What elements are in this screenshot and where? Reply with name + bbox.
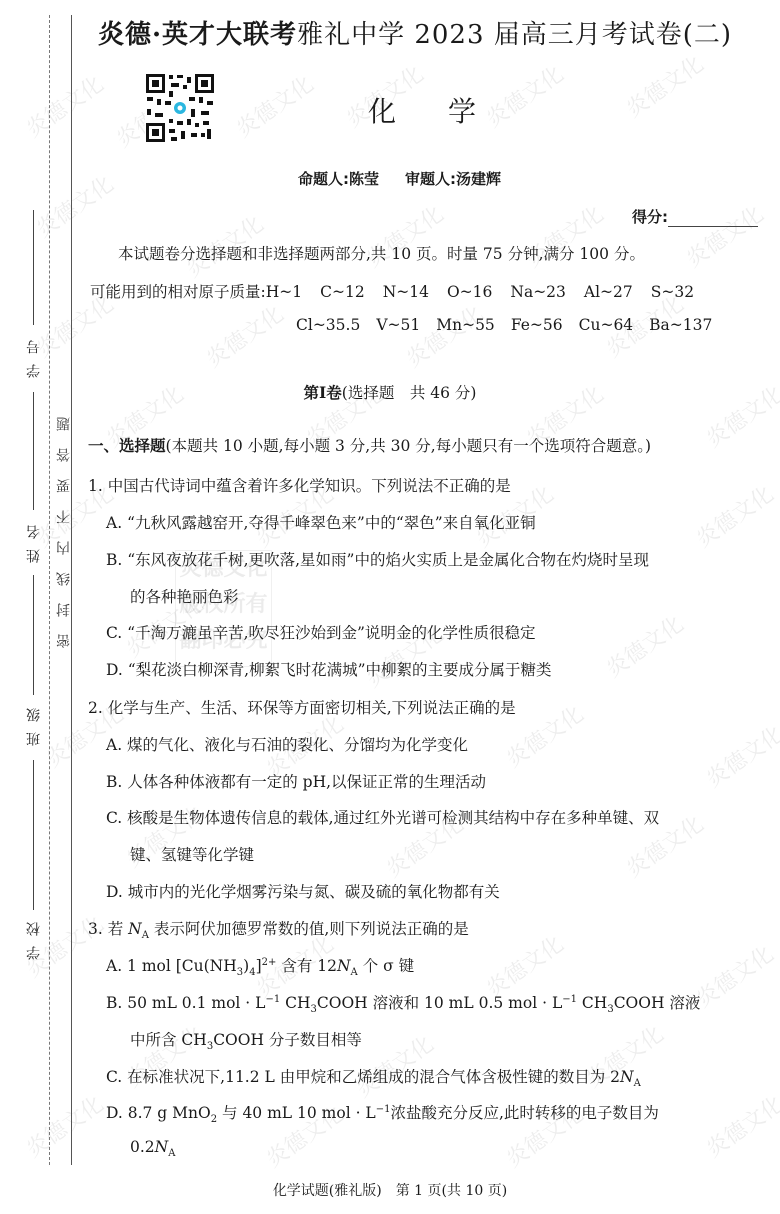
atomic-mass-item: O~16 [447,283,492,301]
atomic-mass-item: H~1 [266,283,302,301]
question-1-option-a[interactable]: A. “九秋风露越窑开,夺得千峰翠色来”中的“翠色”来自氧化亚铜 [106,511,536,533]
question-2-stem: 2. 化学与生产、生活、环保等方面密切相关,下列说法正确的是 [88,696,516,718]
exam-title-school: 雅礼中学 2023 届高三月考试卷(二) [297,20,732,50]
seal-warning-text: 密封线内不要答题 [54,400,74,648]
stem-text: 表示阿伏加德罗常数的值,则下列说法正确的是 [149,920,469,938]
watermark: 炎德文化 [229,68,319,144]
subject-title: 化学 [368,90,528,130]
school-blank[interactable] [33,760,34,910]
question-3-option-a[interactable]: A. 1 mol [Cu(NH3)4]2+ 含有 12NA 个 σ 键 [106,954,414,978]
option-text: 浓盐酸充分反应,此时转移的电子数目为 [390,1104,658,1122]
atomic-mass-item: S~32 [651,283,694,301]
question-reviewer: 审题人:汤建辉 [405,170,501,188]
question-3-option-c[interactable]: C. 在标准状况下,11.2 L 由甲烷和乙烯组成的混合气体含极性键的数目为 2… [106,1065,641,1089]
watermark: 炎德文化 [29,168,119,244]
question-3-stem: 3. 若 NA 表示阿伏加德罗常数的值,则下列说法正确的是 [88,917,469,941]
question-1-option-c[interactable]: C. “千淘万漉虽辛苦,吹尽狂沙始到金”说明金的化学性质很稳定 [106,621,535,643]
atomic-mass-item: V~51 [376,316,420,334]
section-title-main: 第Ⅰ卷 [304,383,342,402]
question-2-option-c-cont: 键、氢键等化学键 [130,843,254,865]
score-field: 得分: [632,206,758,227]
question-2-option-d[interactable]: D. 城市内的光化学烟雾污染与氮、碳及硫的氧化物都有关 [106,880,500,902]
question-1-option-d[interactable]: D. “梨花淡白柳深青,柳絮飞时花满城”中柳絮的主要成分属于糖类 [106,658,552,680]
field-label-class: 班级 [24,698,44,746]
charge-superscript: 2+ [262,957,277,968]
option-text: A. 1 mol [Cu(NH [106,957,237,975]
question-1-option-b[interactable]: B. “东风夜放花千树,更吹落,星如雨”中的焰火实质上是金属化合物在灼烧时呈现 [106,548,649,570]
option-text: 中所含 CH [130,1031,207,1049]
avogadro-subscript: A [142,930,149,941]
atomic-mass-item: N~14 [383,283,429,301]
stem-text: 3. 若 [88,920,128,938]
superscript: −1 [562,994,577,1005]
watermark: 炎德文化 [599,608,689,684]
option-text: C. 在标准状况下,11.2 L 由甲烷和乙烯组成的混合气体含极性键的数目为 2 [106,1068,620,1086]
atomic-mass-item: Na~23 [510,283,566,301]
part-heading: 一、选择题(本题共 10 小题,每小题 3 分,共 30 分,每小题只有一个选项… [88,434,651,456]
question-2-option-a[interactable]: A. 煤的气化、液化与石油的裂化、分馏均为化学变化 [106,733,468,755]
atomic-mass-row-2: Cl~35.5V~51Mn~55Fe~56Cu~64Ba~137 [296,316,712,334]
atomic-mass-label: 可能用到的相对原子质量: [90,283,266,301]
avogadro-subscript: A [634,1078,641,1089]
option-text: 0.2 [130,1138,155,1156]
question-3-option-b[interactable]: B. 50 mL 0.1 mol · L−1 CH3COOH 溶液和 10 mL… [106,991,700,1015]
question-1-stem: 1. 中国古代诗词中蕴含着许多化学知识。下列说法不正确的是 [88,474,511,496]
atomic-mass-item: Al~27 [584,283,633,301]
atomic-mass-item: C~12 [320,283,365,301]
superscript: −1 [265,994,280,1005]
part-heading-detail: (本题共 10 小题,每小题 3 分,共 30 分,每小题只有一个选项符合题意。… [166,437,652,455]
option-text: B. 50 mL 0.1 mol · L [106,994,265,1012]
qr-code-icon[interactable] [145,73,215,143]
field-label-school: 学校 [24,912,44,960]
avogadro-subscript: A [168,1148,175,1159]
field-label-student-id: 学号 [24,330,44,378]
atomic-mass-row-1: 可能用到的相对原子质量:H~1C~12N~14O~16Na~23Al~27S~3… [90,280,694,302]
name-blank[interactable] [33,392,34,510]
atomic-mass-item: Cu~64 [579,316,634,334]
question-2-option-b[interactable]: B. 人体各种体液都有一定的 pH,以保证正常的生理活动 [106,770,486,792]
atomic-mass-item: Cl~35.5 [296,316,360,334]
avogadro-symbol: N [155,1138,169,1156]
question-3-option-d[interactable]: D. 8.7 g MnO2 与 40 mL 10 mol · L−1浓盐酸充分反… [106,1101,659,1125]
option-text: CH [280,994,310,1012]
question-author: 命题人:陈莹 [298,170,379,188]
option-text: D. 8.7 g MnO [106,1104,211,1122]
watermark: 炎德文化 [399,298,489,374]
watermark: 炎德文化 [619,48,709,124]
option-text: COOH 溶液 [614,994,701,1012]
field-label-name: 姓名 [24,515,44,563]
question-2-option-c[interactable]: C. 核酸是生物体遗传信息的载体,通过红外光谱可检测其结构中存在多种单键、双 [106,806,659,828]
option-text: 与 40 mL 10 mol · L [217,1104,376,1122]
question-3-option-b-cont: 中所含 CH3COOH 分子数目相等 [130,1028,362,1052]
superscript: −1 [376,1104,391,1115]
cut-line-dashed [49,15,50,1165]
option-text: 个 σ 键 [358,957,414,975]
option-text: COOH 分子数目相等 [213,1031,362,1049]
avogadro-subscript: A [351,967,358,978]
avogadro-symbol: N [128,920,142,938]
part-heading-main: 一、选择题 [88,436,166,455]
watermark: 炎德文化 [19,1088,109,1164]
question-1-option-b-cont: 的各种艳丽色彩 [130,585,239,607]
avogadro-symbol: N [337,957,351,975]
watermark: 炎德文化 [699,1088,780,1164]
avogadro-symbol: N [620,1068,634,1086]
option-text: 含有 12 [276,957,337,975]
section-title: 第Ⅰ卷(选择题 共 46 分) [0,381,780,403]
watermark: 炎德文化 [689,938,779,1014]
exam-title-brand: 炎德·英才大联考 [98,20,297,50]
watermark: 炎德文化 [689,478,779,554]
watermark: 炎德文化 [199,298,289,374]
score-blank[interactable] [668,212,758,227]
page-footer: 化学试题(雅礼版) 第 1 页(共 10 页) [0,1180,780,1200]
exam-title: 炎德·英才大联考雅礼中学 2023 届高三月考试卷(二) [98,14,732,51]
score-label: 得分: [632,208,668,226]
section-title-detail: (选择题 共 46 分) [342,384,477,402]
exam-instructions: 本试题卷分选择题和非选择题两部分,共 10 页。时量 75 分钟,满分 100 … [118,242,645,264]
question-3-option-d-cont: 0.2NA [130,1138,175,1159]
atomic-mass-item: Mn~55 [436,316,495,334]
watermark: 炎德文化 [699,718,780,794]
atomic-mass-item: Ba~137 [649,316,712,334]
option-text: COOH 溶液和 10 mL 0.5 mol · L [317,994,562,1012]
author-info: 命题人:陈莹审题人:汤建辉 [298,168,501,189]
student-id-blank[interactable] [33,210,34,325]
watermark: 炎德文化 [19,68,109,144]
option-text: CH [577,994,607,1012]
atomic-mass-item: Fe~56 [511,316,563,334]
class-blank[interactable] [33,575,34,695]
